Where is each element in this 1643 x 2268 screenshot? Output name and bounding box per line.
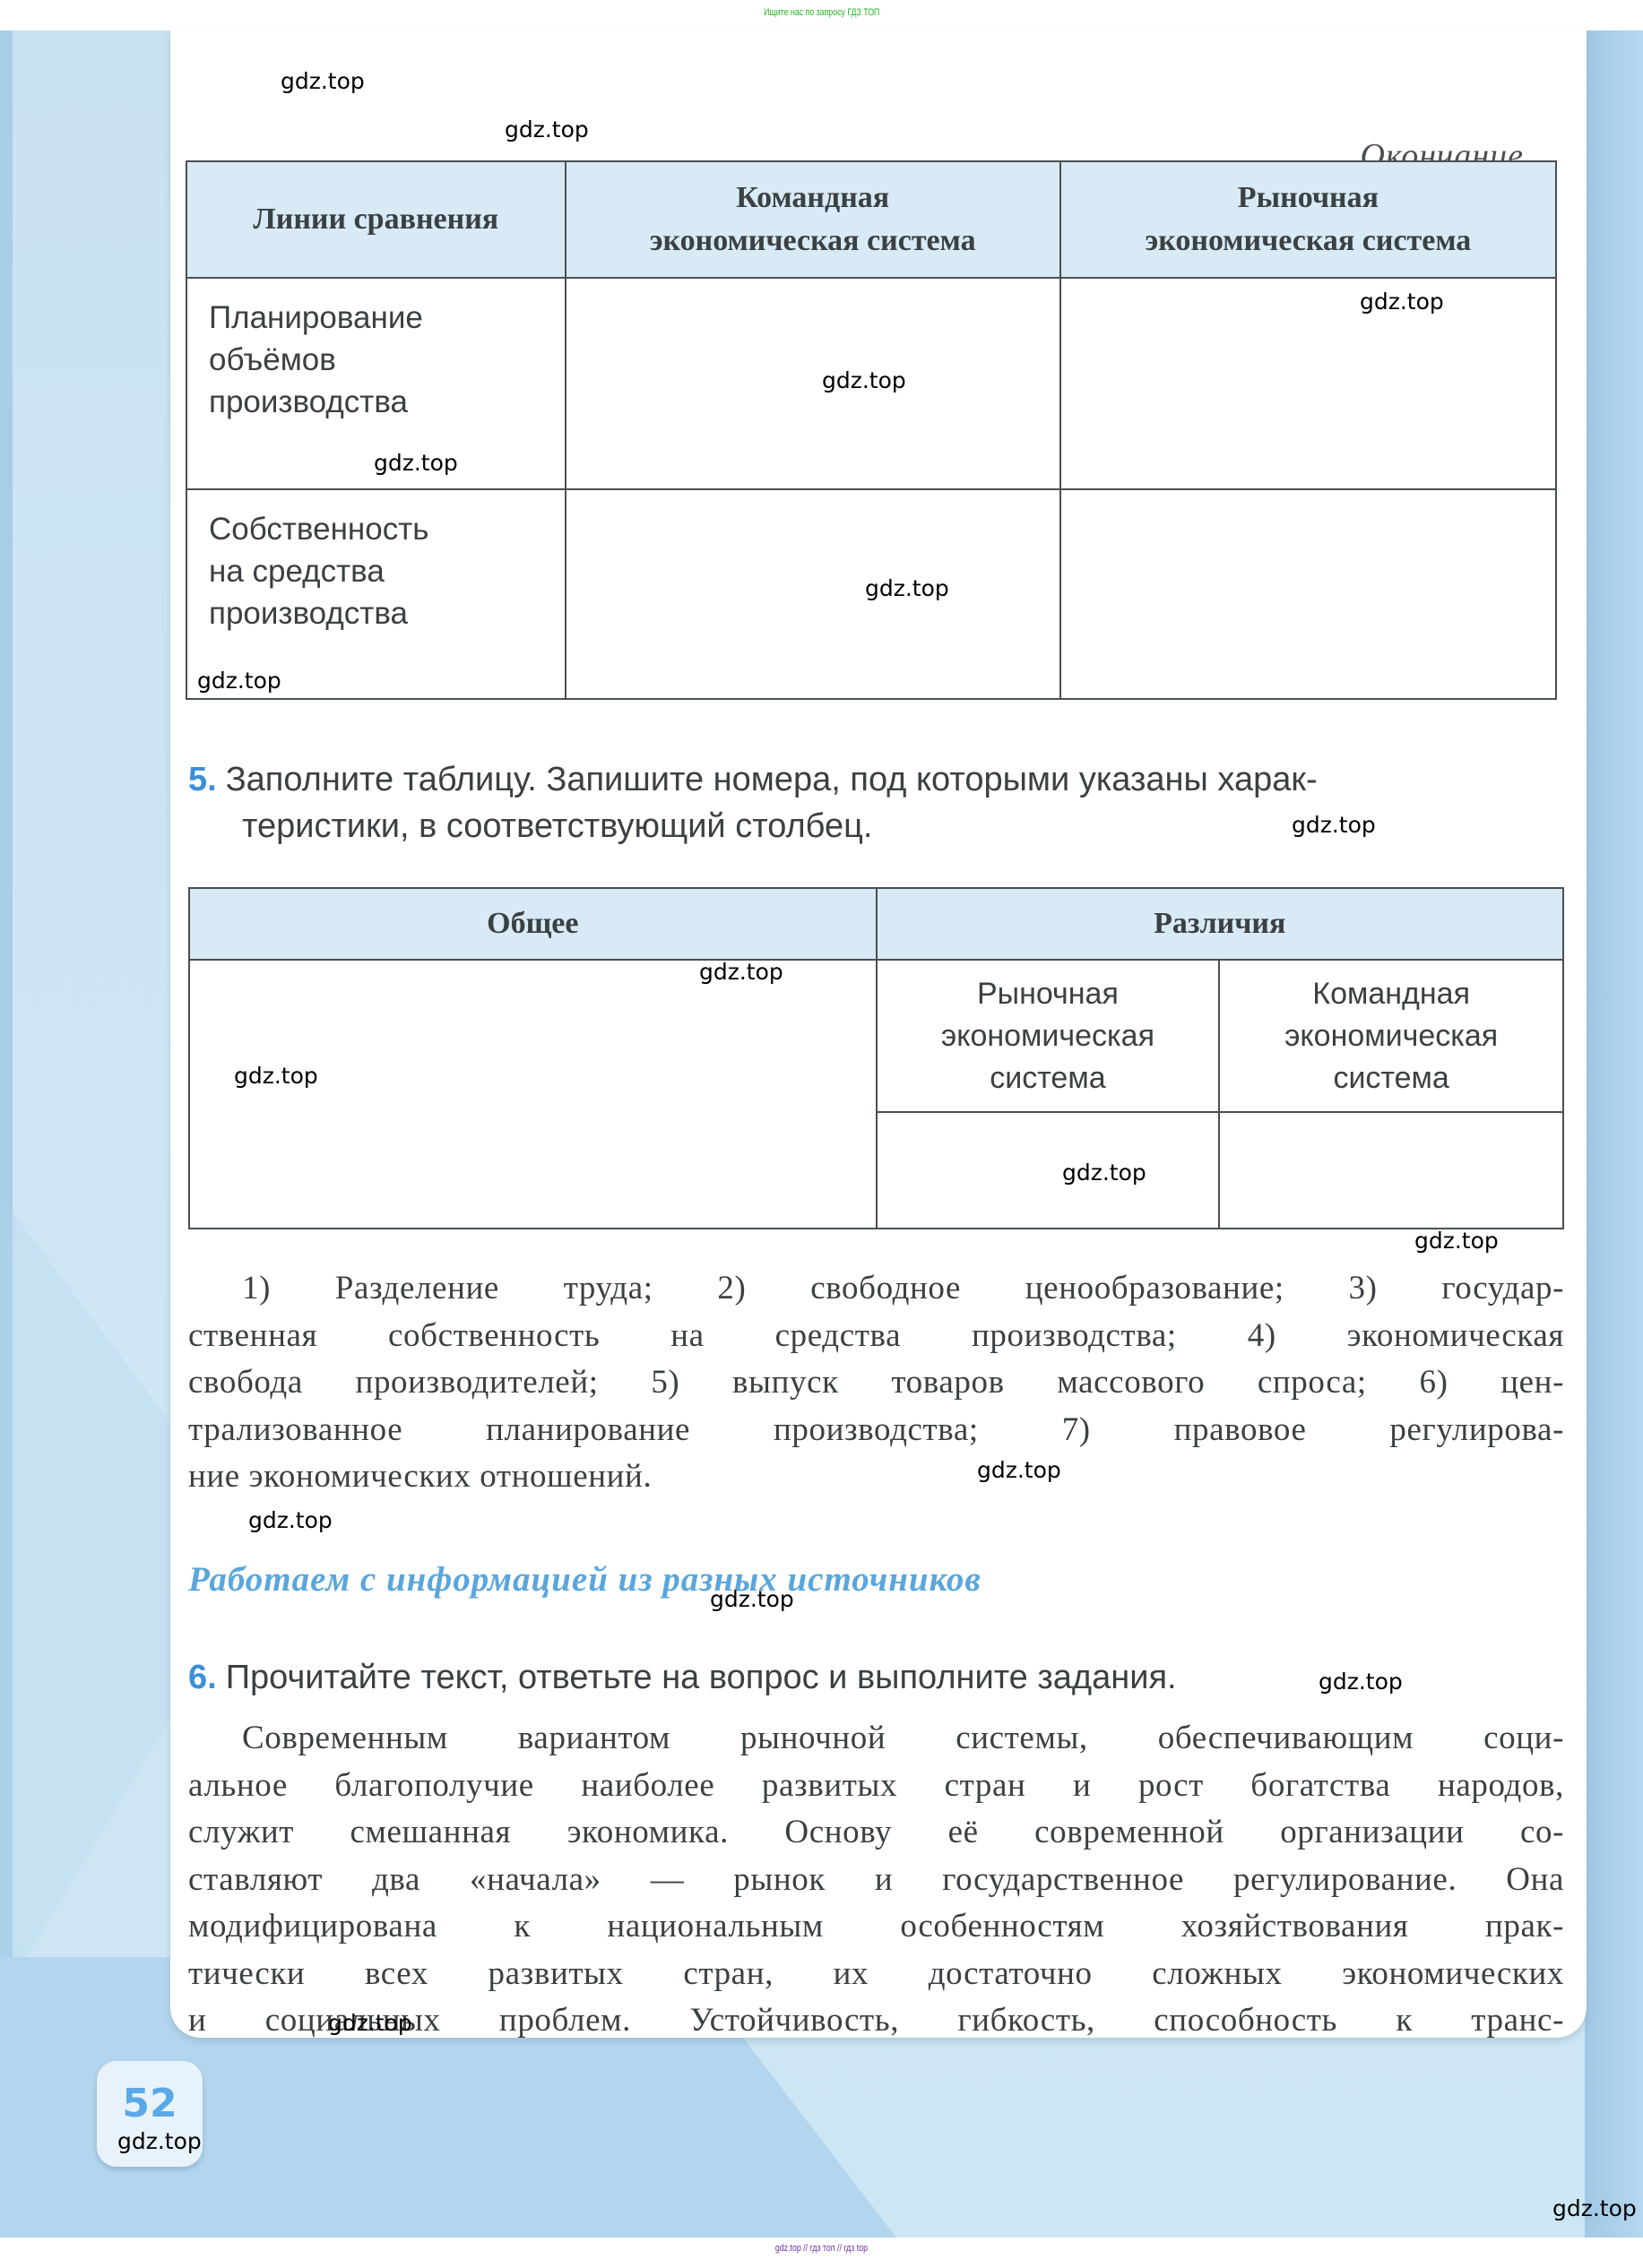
- watermark: gdz.top: [1062, 1160, 1146, 1186]
- watermark: gdz.top: [1414, 1228, 1499, 1254]
- cell-market-differences[interactable]: [877, 1112, 1220, 1229]
- watermark: gdz.top: [117, 2128, 202, 2154]
- cell-market-ownership[interactable]: [1060, 489, 1556, 699]
- watermark: gdz.top: [1292, 812, 1376, 838]
- footer-text: gdz.top // гдз топ // гдз top: [775, 2243, 868, 2254]
- watermark: gdz.top: [699, 959, 783, 985]
- cell-command-ownership[interactable]: [566, 489, 1060, 699]
- header-comparison-lines: Линии сравнения: [186, 161, 566, 278]
- top-banner: Ищите нас по запросу ГДЗ ТОП: [0, 0, 1643, 30]
- watermark: gdz.top: [281, 68, 365, 94]
- cell-market-planning[interactable]: [1060, 278, 1556, 489]
- watermark: gdz.top: [1552, 2195, 1637, 2221]
- task-5-prompt: 5.Заполните таблицу. Запишите номера, по…: [188, 756, 1318, 849]
- watermark: gdz.top: [234, 1063, 318, 1089]
- section-title: Работаем с информацией из разных источни…: [188, 1559, 981, 1600]
- watermark: gdz.top: [1360, 289, 1444, 315]
- header-differences: Различия: [877, 888, 1563, 960]
- right-strip: [1585, 30, 1643, 2238]
- task-5-options: 1) Разделение труда; 2) свободное ценооб…: [188, 1265, 1564, 1501]
- task-5-table: Общее Различия Рыночнаяэкономическаясист…: [188, 887, 1564, 1229]
- top-banner-text: Ищите нас по запросу ГДЗ ТОП: [764, 7, 879, 18]
- watermark: gdz.top: [1319, 1669, 1403, 1695]
- task-number: 6.: [188, 1659, 217, 1696]
- task-6-reading-text: Современным вариантом рыночной системы, …: [188, 1715, 1564, 2045]
- comparison-table: Линии сравнения Команднаяэкономическая с…: [186, 160, 1557, 700]
- cell-command-planning[interactable]: [566, 278, 1060, 489]
- watermark: gdz.top: [977, 1457, 1061, 1483]
- task-number: 5.: [188, 761, 217, 798]
- watermark: gdz.top: [822, 367, 906, 393]
- subheader-command: Команднаяэкономическаясистема: [1219, 960, 1563, 1112]
- header-common: Общее: [189, 888, 877, 960]
- subheader-market: Рыночнаяэкономическаясистема: [877, 960, 1220, 1112]
- header-market-system: Рыночнаяэкономическая система: [1060, 161, 1556, 278]
- watermark: gdz.top: [374, 450, 458, 476]
- watermark: gdz.top: [710, 1586, 794, 1612]
- watermark: gdz.top: [197, 668, 281, 694]
- watermark: gdz.top: [865, 575, 949, 601]
- watermark: gdz.top: [328, 2010, 412, 2036]
- cell-common[interactable]: [189, 960, 877, 1229]
- watermark: gdz.top: [505, 116, 589, 142]
- header-command-system: Команднаяэкономическая система: [566, 161, 1060, 278]
- cell-command-differences[interactable]: [1219, 1112, 1563, 1229]
- bottom-footer: gdz.top // гдз топ // гдз top: [0, 2238, 1643, 2268]
- page-card: Окончание Линии сравнения Команднаяэконо…: [170, 30, 1587, 2038]
- page-number: 52: [97, 2081, 203, 2126]
- task-6-prompt: 6.Прочитайте текст, ответьте на вопрос и…: [188, 1654, 1177, 1701]
- watermark: gdz.top: [248, 1507, 333, 1533]
